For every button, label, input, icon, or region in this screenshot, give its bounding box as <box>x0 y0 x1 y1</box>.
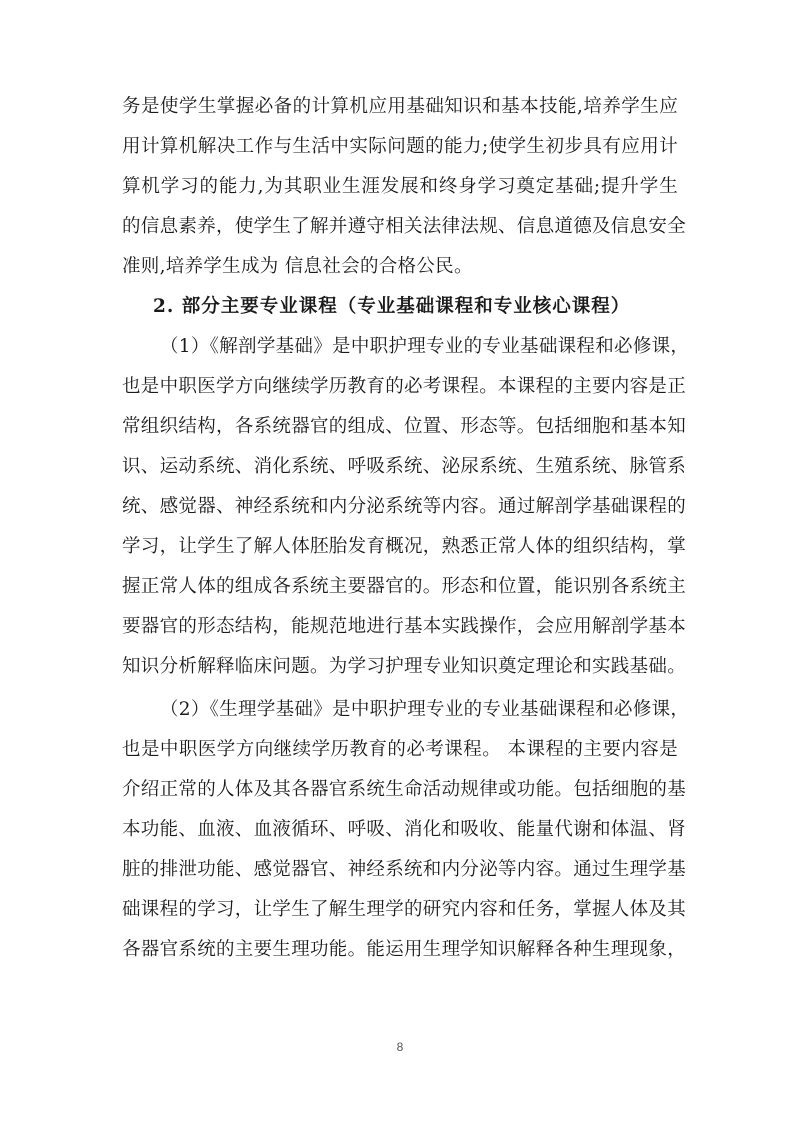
text-line: 握正常人体的组成各系统主要器官的。形态和位置，能识别各系统主 <box>122 567 678 607</box>
page-number: 8 <box>0 1040 800 1054</box>
text-line: 算机学习的能力,为其职业生涯发展和终身学习奠定基础;提升学生 <box>122 167 678 207</box>
section-heading: 2. 部分主要专业课程（专业基础课程和专业核心课程） <box>153 287 630 327</box>
text-line: 也是中职医学方向继续学历教育的必考课程。本课程的主要内容是正 <box>122 367 678 407</box>
text-line: 各器官系统的主要生理功能。能运用生理学知识解释各种生理现象， <box>122 930 678 970</box>
text-line: 础课程的学习，让学生了解生理学的研究内容和任务，掌握人体及其 <box>122 890 678 930</box>
text-line: 的信息素养，使学生了解并遵守相关法律法规、信息道德及信息安全 <box>122 207 678 247</box>
text-line: 识、运动系统、消化系统、呼吸系统、泌尿系统、生殖系统、脉管系 <box>122 447 678 487</box>
text-line: 脏的排泄功能、感觉器官、神经系统和内分泌等内容。通过生理学基 <box>122 850 678 890</box>
text-line: 用计算机解决工作与生活中实际问题的能力;使学生初步具有应用计 <box>122 127 678 167</box>
text-line: 知识分析解释临床问题。为学习护理专业知识奠定理论和实践基础。 <box>122 647 678 687</box>
text-line: 统、感觉器、神经系统和内分泌系统等内容。通过解剖学基础课程的 <box>122 487 678 527</box>
text-line: 也是中职医学方向继续学历教育的必考课程。 本课程的主要内容是 <box>122 730 678 770</box>
text-line: （2）《生理学基础》是中职护理专业的专业基础课程和必修课， <box>160 690 678 730</box>
text-line: 常组织结构，各系统器官的组成、位置、形态等。包括细胞和基本知 <box>122 407 678 447</box>
document-page: 务是使学生掌握必备的计算机应用基础知识和基本技能,培养学生应 用计算机解决工作与… <box>0 0 800 1131</box>
text-line: 介绍正常的人体及其各器官系统生命活动规律或功能。包括细胞的基 <box>122 770 678 810</box>
text-line: 本功能、血液、血液循环、呼吸、消化和吸收、能量代谢和体温、肾 <box>122 810 678 850</box>
text-line: 务是使学生掌握必备的计算机应用基础知识和基本技能,培养学生应 <box>122 87 678 127</box>
text-line: 要器官的形态结构，能规范地进行基本实践操作，会应用解剖学基本 <box>122 607 678 647</box>
text-line: （1）《解剖学基础》是中职护理专业的专业基础课程和必修课， <box>160 327 678 367</box>
text-line: 学习，让学生了解人体胚胎发育概况，熟悉正常人体的组织结构，掌 <box>122 527 678 567</box>
text-line: 准则,培养学生成为 信息社会的合格公民。 <box>122 247 678 287</box>
